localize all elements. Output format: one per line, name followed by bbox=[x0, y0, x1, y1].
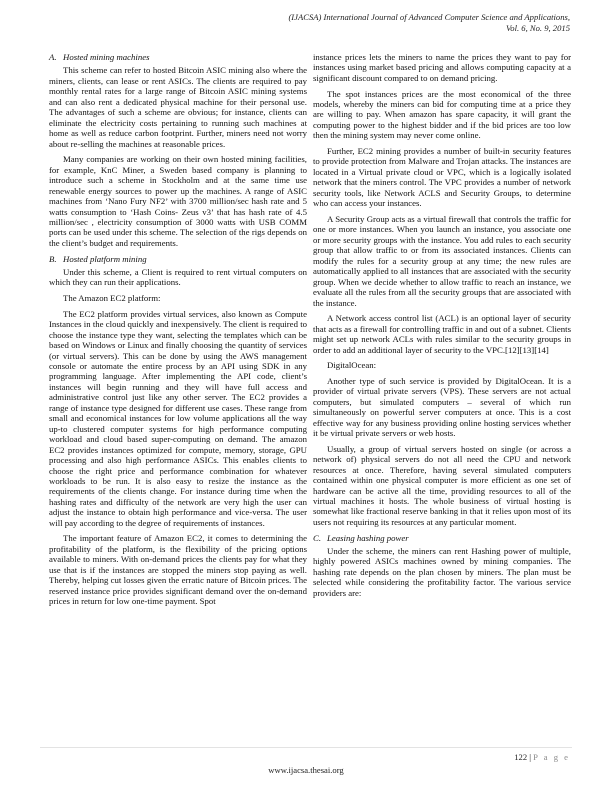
paragraph-continued: instance prices lets the miners to name … bbox=[313, 52, 571, 83]
footer-divider bbox=[40, 747, 572, 748]
paragraph: Another type of such service is provided… bbox=[313, 376, 571, 439]
right-column: instance prices lets the miners to name … bbox=[313, 52, 571, 603]
section-heading-b: B.Hosted platform mining bbox=[49, 254, 307, 264]
volume-info: Vol. 6, No. 9, 2015 bbox=[288, 23, 570, 34]
paragraph: Many companies are working on their own … bbox=[49, 154, 307, 248]
section-title: Hosted platform mining bbox=[63, 254, 147, 264]
section-number: C. bbox=[313, 533, 327, 543]
paragraph: The EC2 platform provides virtual servic… bbox=[49, 309, 307, 529]
paragraph: Further, EC2 mining provides a number of… bbox=[313, 146, 571, 209]
section-title: Hosted mining machines bbox=[63, 52, 150, 62]
page-number: 122 | P a g e bbox=[514, 752, 570, 762]
paragraph: Under the scheme, the miners can rent Ha… bbox=[313, 546, 571, 598]
footer-url: www.ijacsa.thesai.org bbox=[0, 765, 612, 775]
page-number-value: 122 bbox=[514, 752, 527, 762]
subheading-digitalocean: DigitalOcean: bbox=[313, 360, 571, 370]
paragraph: A Security Group acts as a virtual firew… bbox=[313, 214, 571, 308]
paragraph: The spot instances prices are the most e… bbox=[313, 89, 571, 141]
paragraph: The important feature of Amazon EC2, it … bbox=[49, 533, 307, 606]
section-number: B. bbox=[49, 254, 63, 264]
section-heading-a: A.Hosted mining machines bbox=[49, 52, 307, 62]
paragraph: Under this scheme, a Client is required … bbox=[49, 267, 307, 288]
running-header: (IJACSA) International Journal of Advanc… bbox=[288, 12, 570, 34]
paragraph: This scheme can refer to hosted Bitcoin … bbox=[49, 65, 307, 149]
subheading-amazon-ec2: The Amazon EC2 platform: bbox=[49, 293, 307, 303]
section-title: Leasing hashing power bbox=[327, 533, 409, 543]
section-heading-c: C.Leasing hashing power bbox=[313, 533, 571, 543]
section-number: A. bbox=[49, 52, 63, 62]
paragraph: Usually, a group of virtual servers host… bbox=[313, 444, 571, 528]
paragraph: A Network access control list (ACL) is a… bbox=[313, 313, 571, 355]
journal-title: (IJACSA) International Journal of Advanc… bbox=[288, 12, 570, 23]
page-separator: | bbox=[529, 752, 531, 762]
page-label: P a g e bbox=[533, 752, 570, 762]
left-column: A.Hosted mining machines This scheme can… bbox=[49, 52, 307, 612]
